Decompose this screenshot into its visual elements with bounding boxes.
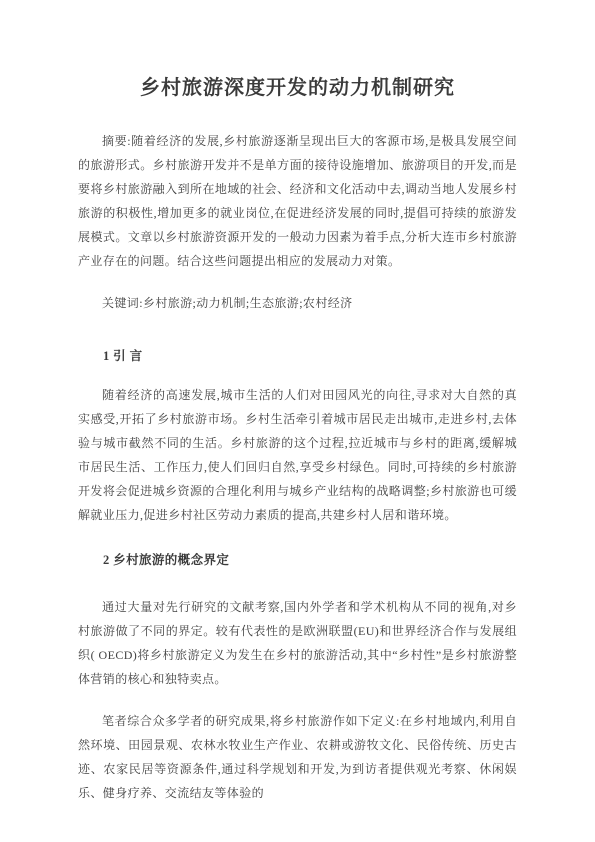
abstract-paragraph: 摘要:随着经济的发展,乡村旅游逐渐呈现出巨大的客源市场,是极具发展空间的旅游形式… (78, 129, 517, 273)
section-1-paragraph: 随着经济的高速发展,城市生活的人们对田园风光的向往,寻求对大自然的真实感受,开拓… (78, 383, 517, 527)
paper-title: 乡村旅游深度开发的动力机制研究 (78, 75, 517, 101)
section-2-paragraph-2: 笔者综合众多学者的研究成果,将乡村旅游作如下定义:在乡村地域内,利用自然环境、田… (78, 709, 517, 805)
keywords-line: 关键词:乡村旅游;动力机制;生态旅游;农村经济 (78, 291, 517, 315)
section-1-heading: 1 引 言 (78, 344, 517, 368)
document-page: 乡村旅游深度开发的动力机制研究 摘要:随着经济的发展,乡村旅游逐渐呈现出巨大的客… (0, 0, 595, 842)
section-2-heading: 2 乡村旅游的概念界定 (78, 548, 517, 572)
section-2-paragraph-1: 通过大量对先行研究的文献考察,国内外学者和学术机构从不同的视角,对乡村旅游做了不… (78, 595, 517, 691)
